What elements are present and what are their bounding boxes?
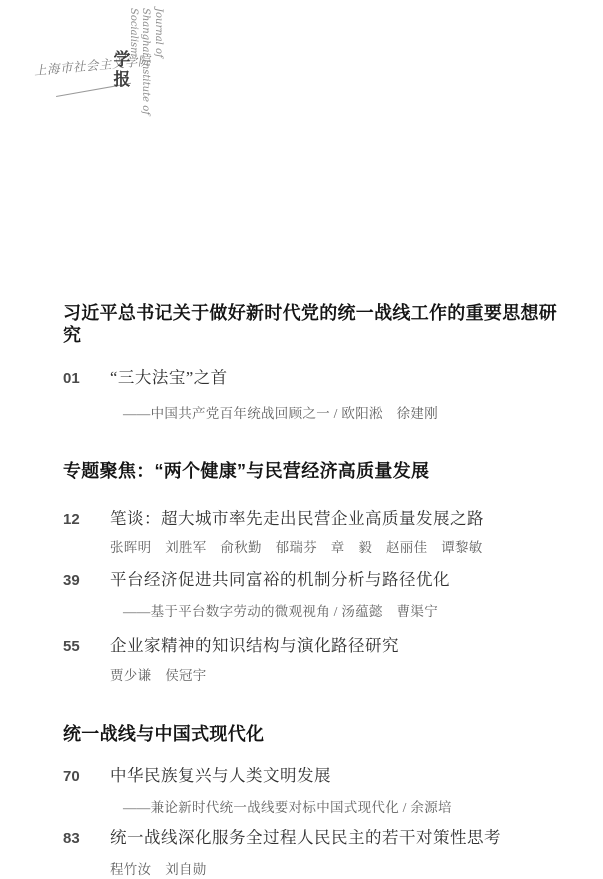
article-title: 企业家精神的知识结构与演化路径研究 [110,635,399,656]
toc-entry: 83 统一战线深化服务全过程人民民主的若干对策性思考 [63,827,568,849]
journal-english-line: Socialism [127,8,140,115]
toc-entry: 39 平台经济促进共同富裕的机制分析与路径优化 [63,569,568,591]
section-heading: 习近平总书记关于做好新时代党的统一战线工作的重要思想研究 [63,302,568,346]
toc-entry: 01 “三大法宝”之首 [63,367,568,389]
page-number: 12 [63,509,110,530]
article-title: 笔谈：超大城市率先走出民营企业高质量发展之路 [110,508,484,529]
journal-toc-page: { "logo": { "calligraphy": "上海市社会主义学院", … [0,0,603,879]
article-authors: 程竹汝 刘自勋 [110,861,568,878]
article-title: “三大法宝”之首 [110,367,228,388]
article-authors: 张晖明 刘胜军 俞秋勤 郁瑞芬 章 毅 赵丽佳 谭黎敏 [110,539,568,556]
article-title: 统一战线深化服务全过程人民民主的若干对策性思考 [110,827,501,848]
article-subtitle: ——中国共产党百年统战回顾之一 / 欧阳淞 徐建刚 [123,405,568,422]
page-number: 55 [63,636,110,657]
article-authors: 贾少谦 侯冠宇 [110,667,568,684]
journal-english-title: Journal of Shanghai Institute of Sociali… [127,8,165,115]
table-of-contents: 习近平总书记关于做好新时代党的统一战线工作的重要思想研究 01 “三大法宝”之首… [63,302,568,878]
page-number: 01 [63,368,110,389]
toc-entry: 70 中华民族复兴与人类文明发展 [63,765,568,787]
journal-english-line: Shanghai Institute of [139,8,152,115]
toc-entry: 12 笔谈：超大城市率先走出民营企业高质量发展之路 [63,508,568,530]
page-number: 39 [63,570,110,591]
page-number: 83 [63,828,110,849]
journal-logo: 上海市社会主义学院 学报 Journal of Shanghai Institu… [0,0,210,150]
article-subtitle: ——基于平台数字劳动的微观视角 / 汤蕴懿 曹渠宁 [123,603,568,620]
journal-english-line: Journal of [152,8,165,115]
section-heading: 专题聚焦：“两个健康”与民营经济高质量发展 [63,460,568,482]
article-title: 平台经济促进共同富裕的机制分析与路径优化 [110,569,450,590]
article-subtitle: ——兼论新时代统一战线要对标中国式现代化 / 余源培 [123,799,568,816]
page-number: 70 [63,766,110,787]
section-heading: 统一战线与中国式现代化 [63,723,568,745]
article-title: 中华民族复兴与人类文明发展 [110,765,331,786]
toc-entry: 55 企业家精神的知识结构与演化路径研究 [63,635,568,657]
